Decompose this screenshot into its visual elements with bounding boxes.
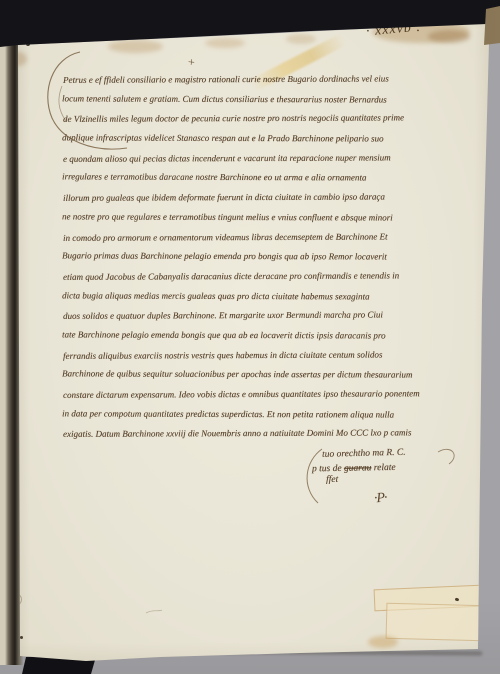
manuscript-line: Petrus e ef ffideli consiliario e magist… <box>63 69 448 90</box>
manuscript-line: Barchinone de quibus sequitur soluacioni… <box>62 365 447 386</box>
foxing-stain <box>205 38 245 48</box>
manuscript-line: illorum pro gualeas que ibidem deformate… <box>63 187 448 208</box>
stain-tideline <box>386 603 485 642</box>
note-text: relate <box>371 463 395 473</box>
manuscript-line: constare dictarum expensarum. Ideo vobis… <box>63 384 448 405</box>
chancery-note-line: tuo orechtho ma R. C. <box>322 446 462 460</box>
manuscript-line: duplique infrascriptas videlicet Stanasc… <box>62 128 447 149</box>
chancery-note-line: ffet <box>326 475 462 485</box>
manuscript-line: etiam quod Jacobus de Cabanyalis daracan… <box>63 266 448 287</box>
chancery-note-line: p tus de guarau relate <box>312 462 462 475</box>
manuscript-line: Bugario primas duas Barchinone pelagio e… <box>62 247 447 268</box>
manuscript-line: dicta bugia aliquas medias mercis gualea… <box>62 286 447 307</box>
struck-word: guarau <box>344 463 372 473</box>
manuscript-line: ne nostre pro que regulares e terramotib… <box>62 207 447 228</box>
manuscript-line: in data per compotum quantitates predict… <box>62 404 447 425</box>
manuscript-line: exigatis. Datum Barchinone xxviij die No… <box>63 424 448 445</box>
ink-speck <box>20 636 23 639</box>
manuscript-line: in comodo pro armorum e ornamentorum vid… <box>63 227 448 248</box>
foxing-stain <box>108 40 163 53</box>
manuscript-line: tate Barchinone pelagio emenda bongis qu… <box>62 325 447 346</box>
manuscript-line: e quondam alioso qui pecias dictas incen… <box>63 148 448 169</box>
manuscript-page: · xxxvb . + Petrus e ef ffideli consilia… <box>0 0 500 674</box>
foxing-stain <box>286 34 316 44</box>
chancery-subscription-block: tuo orechtho ma R. C. p tus de guarau re… <box>312 448 462 485</box>
manuscript-line: de Vlzinellis miles legum doctor de pecu… <box>63 109 448 130</box>
manuscript-text-block: Petrus e ef ffideli consiliario e magist… <box>62 70 447 444</box>
cross-mark: + <box>187 55 195 71</box>
note-text: p tus de <box>312 464 344 475</box>
manuscript-line: duos solidos e quatuor duples Barchinone… <box>63 305 448 326</box>
notarial-mark: ·P· <box>373 491 387 508</box>
manuscript-line: locum tenenti salutem e gratiam. Cum dic… <box>62 89 447 110</box>
manuscript-line: irregulares e terramotibus daracane nost… <box>62 168 447 189</box>
stain-smudge <box>368 636 398 648</box>
manuscript-photograph: · xxxvb . + Petrus e ef ffideli consilia… <box>0 0 500 674</box>
manuscript-line: ferrandis aliquibus exarciis nostris ves… <box>63 345 448 366</box>
bottom-right-repair-stain <box>364 584 482 654</box>
